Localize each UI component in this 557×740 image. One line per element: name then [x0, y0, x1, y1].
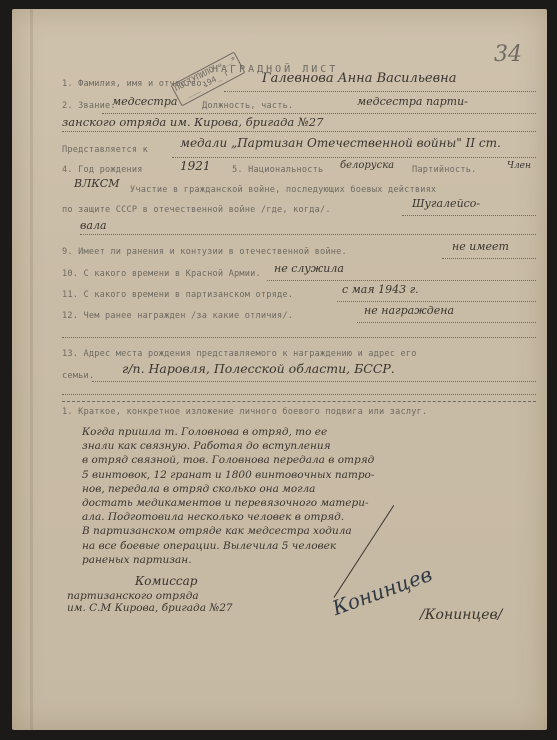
- dotted-line: [62, 337, 536, 338]
- field-value-award: медали „Партизан Отечественной войны" II…: [180, 136, 501, 150]
- field-value-previous-awards: не награждена: [364, 304, 454, 317]
- signer-title: Комиссар: [67, 574, 233, 588]
- field-label-feat-description: 1. Краткое, конкретное изложение личного…: [62, 407, 427, 417]
- signature-block: Комиссар партизанского отряда им. С.М Ки…: [67, 574, 233, 614]
- field-label-family: семьи.: [62, 371, 94, 381]
- field-value-party-cont: ВЛКСМ: [74, 177, 119, 190]
- field-label-award: Представляется к: [62, 145, 148, 155]
- field-value-name: Галевнова Анна Васильевна: [262, 71, 456, 86]
- signer-unit-detail: им. С.М Кирова, бригада №27: [67, 602, 233, 614]
- field-value-nationality: белоруска: [340, 160, 394, 171]
- signer-unit: партизанского отряда: [67, 590, 233, 602]
- dotted-line: [224, 91, 536, 92]
- field-label-partisan-since: 11. С какого времени в партизанском отря…: [62, 290, 293, 300]
- field-value-red-army: не служила: [274, 262, 344, 275]
- dotted-line: [357, 322, 536, 323]
- dotted-line: [172, 157, 536, 158]
- field-label-rank: 2. Звание.: [62, 101, 116, 111]
- page-number: 34: [494, 42, 522, 67]
- narrative-line: знали как связную. Работая до вступления: [82, 439, 542, 453]
- dotted-line: [62, 394, 536, 395]
- field-value-party: Член: [507, 161, 531, 171]
- narrative-line: В партизанском отряде как медсестра ходи…: [82, 524, 542, 538]
- dotted-line: [62, 131, 536, 132]
- field-label-address: 13. Адрес места рождения представляемого…: [62, 349, 417, 359]
- narrative-line: в отряд связной, тов. Головнова передала…: [82, 453, 542, 467]
- field-value-war-participation-cont: вала: [80, 219, 107, 232]
- dotted-line: [92, 381, 536, 382]
- narrative-line: на все боевые операции. Вылечила 5 челов…: [82, 539, 542, 553]
- field-value-war-participation: Шугалейсо-: [412, 197, 480, 210]
- field-label-previous-awards: 12. Чем ранее награжден /за какие отличи…: [62, 311, 293, 321]
- field-label-position: Должность, часть.: [202, 101, 293, 111]
- field-label-war-participation: по защите СССР в отечественной войне /гд…: [62, 205, 331, 215]
- field-label-civil-war: Участие в гражданской войне, последующих…: [130, 185, 436, 195]
- dotted-line: [442, 258, 536, 259]
- dotted-line: [80, 234, 536, 235]
- dashed-separator: [62, 401, 536, 402]
- narrative-line: Когда пришла т. Головнова в отряд, то ее: [82, 425, 542, 439]
- field-value-partisan-since: с мая 1943 г.: [342, 283, 419, 296]
- document-page: 34 ПОСТУПИЛО «__» ___ 194_ г. НАГРАДНОЙ …: [12, 9, 547, 730]
- field-value-position: медсестра парти-: [357, 95, 468, 108]
- dotted-line: [102, 113, 536, 114]
- field-label-wounds: 9. Имеет ли ранения и контузии в отечест…: [62, 247, 347, 257]
- dotted-line: [267, 280, 536, 281]
- narrative-line: нов, передала в отряд сколько она могла: [82, 482, 542, 496]
- field-label-birth-year: 4. Год рождения: [62, 165, 143, 175]
- signer-name: /Конинцев/: [420, 607, 502, 623]
- field-label-party: Партийность.: [412, 165, 477, 175]
- field-value-birth-year: 1921: [180, 159, 211, 173]
- field-label-nationality: 5. Национальность: [232, 165, 323, 175]
- field-label-name: 1. Фамилия, имя и отчество.: [62, 79, 207, 89]
- dotted-line: [337, 301, 536, 302]
- field-value-wounds: не имеет: [452, 240, 509, 253]
- field-label-red-army: 10. С какого времени в Красной Армии.: [62, 269, 261, 279]
- narrative-line: 5 винтовок, 12 гранат и 1800 винтовочных…: [82, 468, 542, 482]
- field-value-position-cont: занского отряда им. Кирова, бригада №27: [62, 115, 323, 129]
- feat-narrative: Когда пришла т. Головнова в отряд, то ее…: [82, 425, 542, 567]
- field-value-address: г/п. Наровля, Полесской области, БССР.: [122, 361, 395, 376]
- dotted-line: [402, 215, 536, 216]
- narrative-line: ала. Подготовила несколько человек в отр…: [82, 510, 542, 524]
- narrative-line: достать медикаментов и перевязочного мат…: [82, 496, 542, 510]
- narrative-line: раненых партизан.: [82, 553, 542, 567]
- field-value-rank: медсестра: [112, 95, 177, 108]
